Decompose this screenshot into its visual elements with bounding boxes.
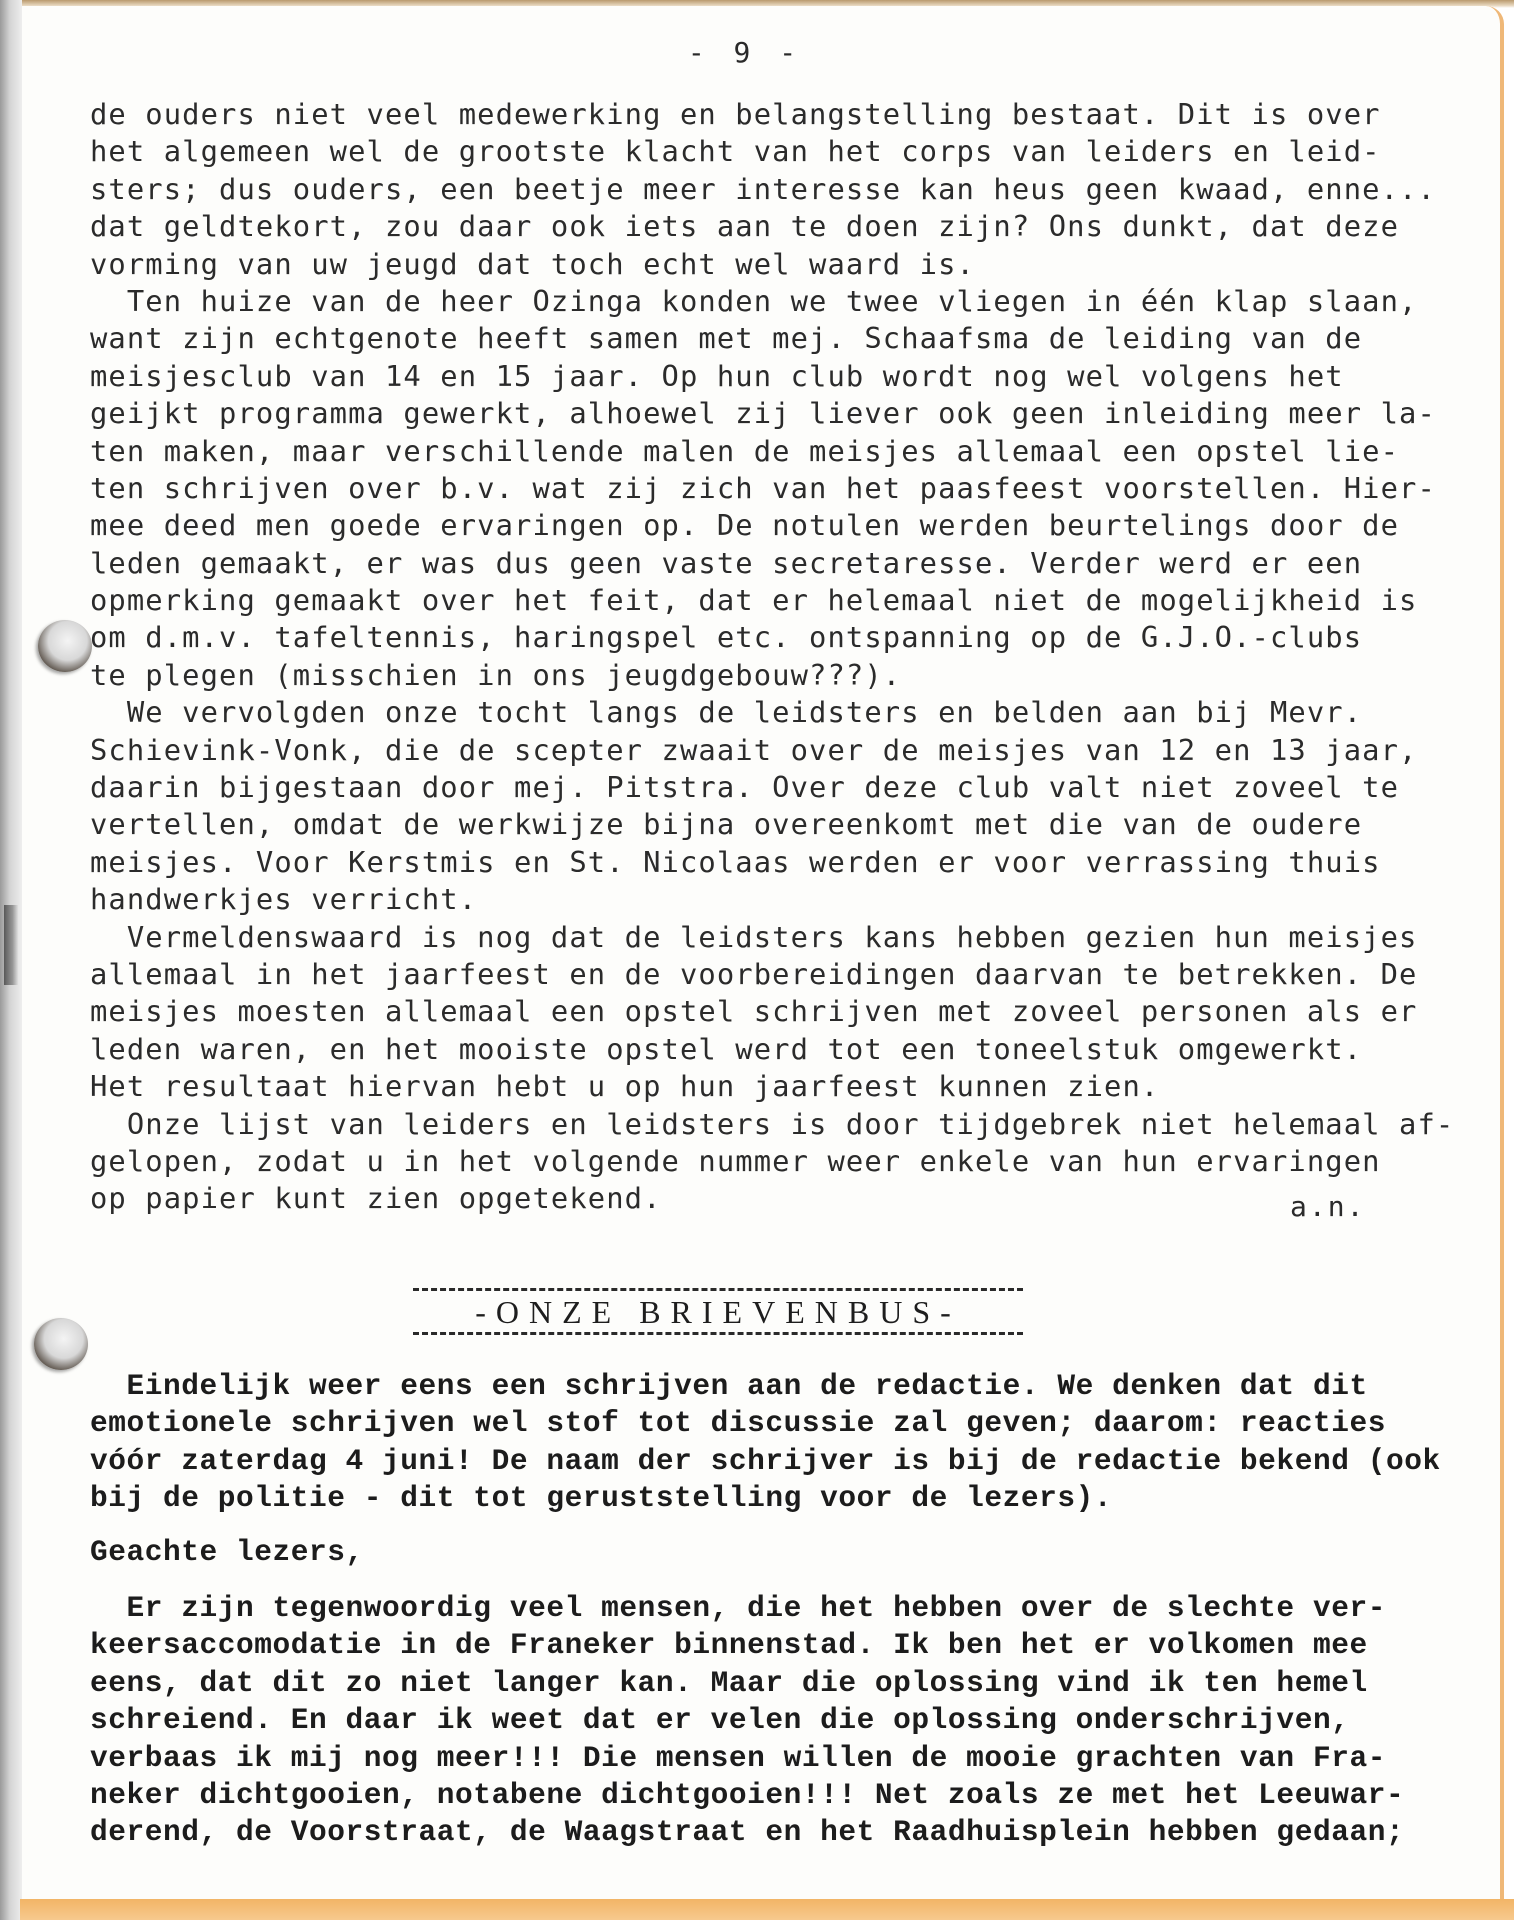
text-line: Het resultaat hiervan hebt u op hun jaar… <box>90 1068 1470 1105</box>
text-line: het algemeen wel de grootste klacht van … <box>90 133 1470 170</box>
section-heading: -ONZE BRIEVENBUS- <box>413 1284 1023 1338</box>
text-line: We vervolgden onze tocht langs de leidst… <box>90 694 1470 731</box>
text-line: handwerkjes verricht. <box>90 881 1470 918</box>
text-line: ten schrijven over b.v. wat zij zich van… <box>90 470 1470 507</box>
text-line: te plegen (misschien in ons jeugdgebouw?… <box>90 657 1470 694</box>
binding-tear-mark <box>4 905 18 985</box>
text-line: vóór zaterdag 4 juni! De naam der schrij… <box>90 1443 1480 1480</box>
letter-salutation: Geachte lezers, <box>90 1534 1480 1571</box>
page-bottom-edge <box>20 1899 1514 1920</box>
text-line: om d.m.v. tafeltennis, haringspel etc. o… <box>90 619 1470 656</box>
staple-hole-icon <box>38 620 92 672</box>
text-line: Ten huize van de heer Ozinga konden we t… <box>90 283 1470 320</box>
text-line: dat geldtekort, zou daar ook iets aan te… <box>90 208 1470 245</box>
text-line: mee deed men goede ervaringen op. De not… <box>90 507 1470 544</box>
text-line: Schievink-Vonk, die de scepter zwaait ov… <box>90 732 1470 769</box>
heading-rule-bottom <box>413 1332 1023 1335</box>
text-line: neker dichtgooien, notabene dichtgooien!… <box>90 1777 1480 1814</box>
text-line: op papier kunt zien opgetekend. <box>90 1180 1470 1217</box>
text-line: emotionele schrijven wel stof tot discus… <box>90 1405 1480 1442</box>
text-line: want zijn echtgenote heeft samen met mej… <box>90 320 1470 357</box>
text-line: eens, dat dit zo niet langer kan. Maar d… <box>90 1665 1480 1702</box>
heading-rule-top <box>413 1288 1023 1291</box>
text-line: vorming van uw jeugd dat toch echt wel w… <box>90 246 1470 283</box>
text-line: de ouders niet veel medewerking en belan… <box>90 96 1470 133</box>
text-line: leden waren, en het mooiste opstel werd … <box>90 1031 1470 1068</box>
text-line: meisjesclub van 14 en 15 jaar. Op hun cl… <box>90 358 1470 395</box>
text-line: geijkt programma gewerkt, alhoewel zij l… <box>90 395 1470 432</box>
page-number: - 9 - <box>0 36 1490 69</box>
text-line: bij de politie - dit tot geruststelling … <box>90 1480 1480 1517</box>
text-line: sters; dus ouders, een beetje meer inter… <box>90 171 1470 208</box>
text-line: Vermeldenswaard is nog dat de leidsters … <box>90 919 1470 956</box>
letter-body: Er zijn tegenwoordig veel mensen, die he… <box>90 1590 1480 1852</box>
text-line: verbaas ik mij nog meer!!! Die mensen wi… <box>90 1740 1480 1777</box>
text-line: vertellen, omdat de werkwijze bijna over… <box>90 806 1470 843</box>
text-line: Onze lijst van leiders en leidsters is d… <box>90 1106 1470 1143</box>
text-line: meisjes. Voor Kerstmis en St. Nicolaas w… <box>90 844 1470 881</box>
text-line: derend, de Voorstraat, de Waagstraat en … <box>90 1814 1480 1851</box>
text-line: daarin bijgestaan door mej. Pitstra. Ove… <box>90 769 1470 806</box>
text-line: gelopen, zodat u in het volgende nummer … <box>90 1143 1470 1180</box>
text-line: leden gemaakt, er was dus geen vaste sec… <box>90 545 1470 582</box>
editorial-intro: Eindelijk weer eens een schrijven aan de… <box>90 1368 1480 1518</box>
section-title: -ONZE BRIEVENBUS- <box>413 1295 1023 1329</box>
text-line: Er zijn tegenwoordig veel mensen, die he… <box>90 1590 1480 1627</box>
article-body: de ouders niet veel medewerking en belan… <box>90 96 1470 1218</box>
text-line: Eindelijk weer eens een schrijven aan de… <box>90 1368 1480 1405</box>
text-line: schreiend. En daar ik weet dat er velen … <box>90 1702 1480 1739</box>
staple-hole-icon <box>34 1318 88 1370</box>
author-signature: a.n. <box>1290 1190 1365 1223</box>
text-line: meisjes moesten allemaal een opstel schr… <box>90 993 1470 1030</box>
text-line: keersaccomodatie in de Franeker binnenst… <box>90 1627 1480 1664</box>
text-line: allemaal in het jaarfeest en de voorbere… <box>90 956 1470 993</box>
text-line: ten maken, maar verschillende malen de m… <box>90 433 1470 470</box>
text-line: opmerking gemaakt over het feit, dat er … <box>90 582 1470 619</box>
